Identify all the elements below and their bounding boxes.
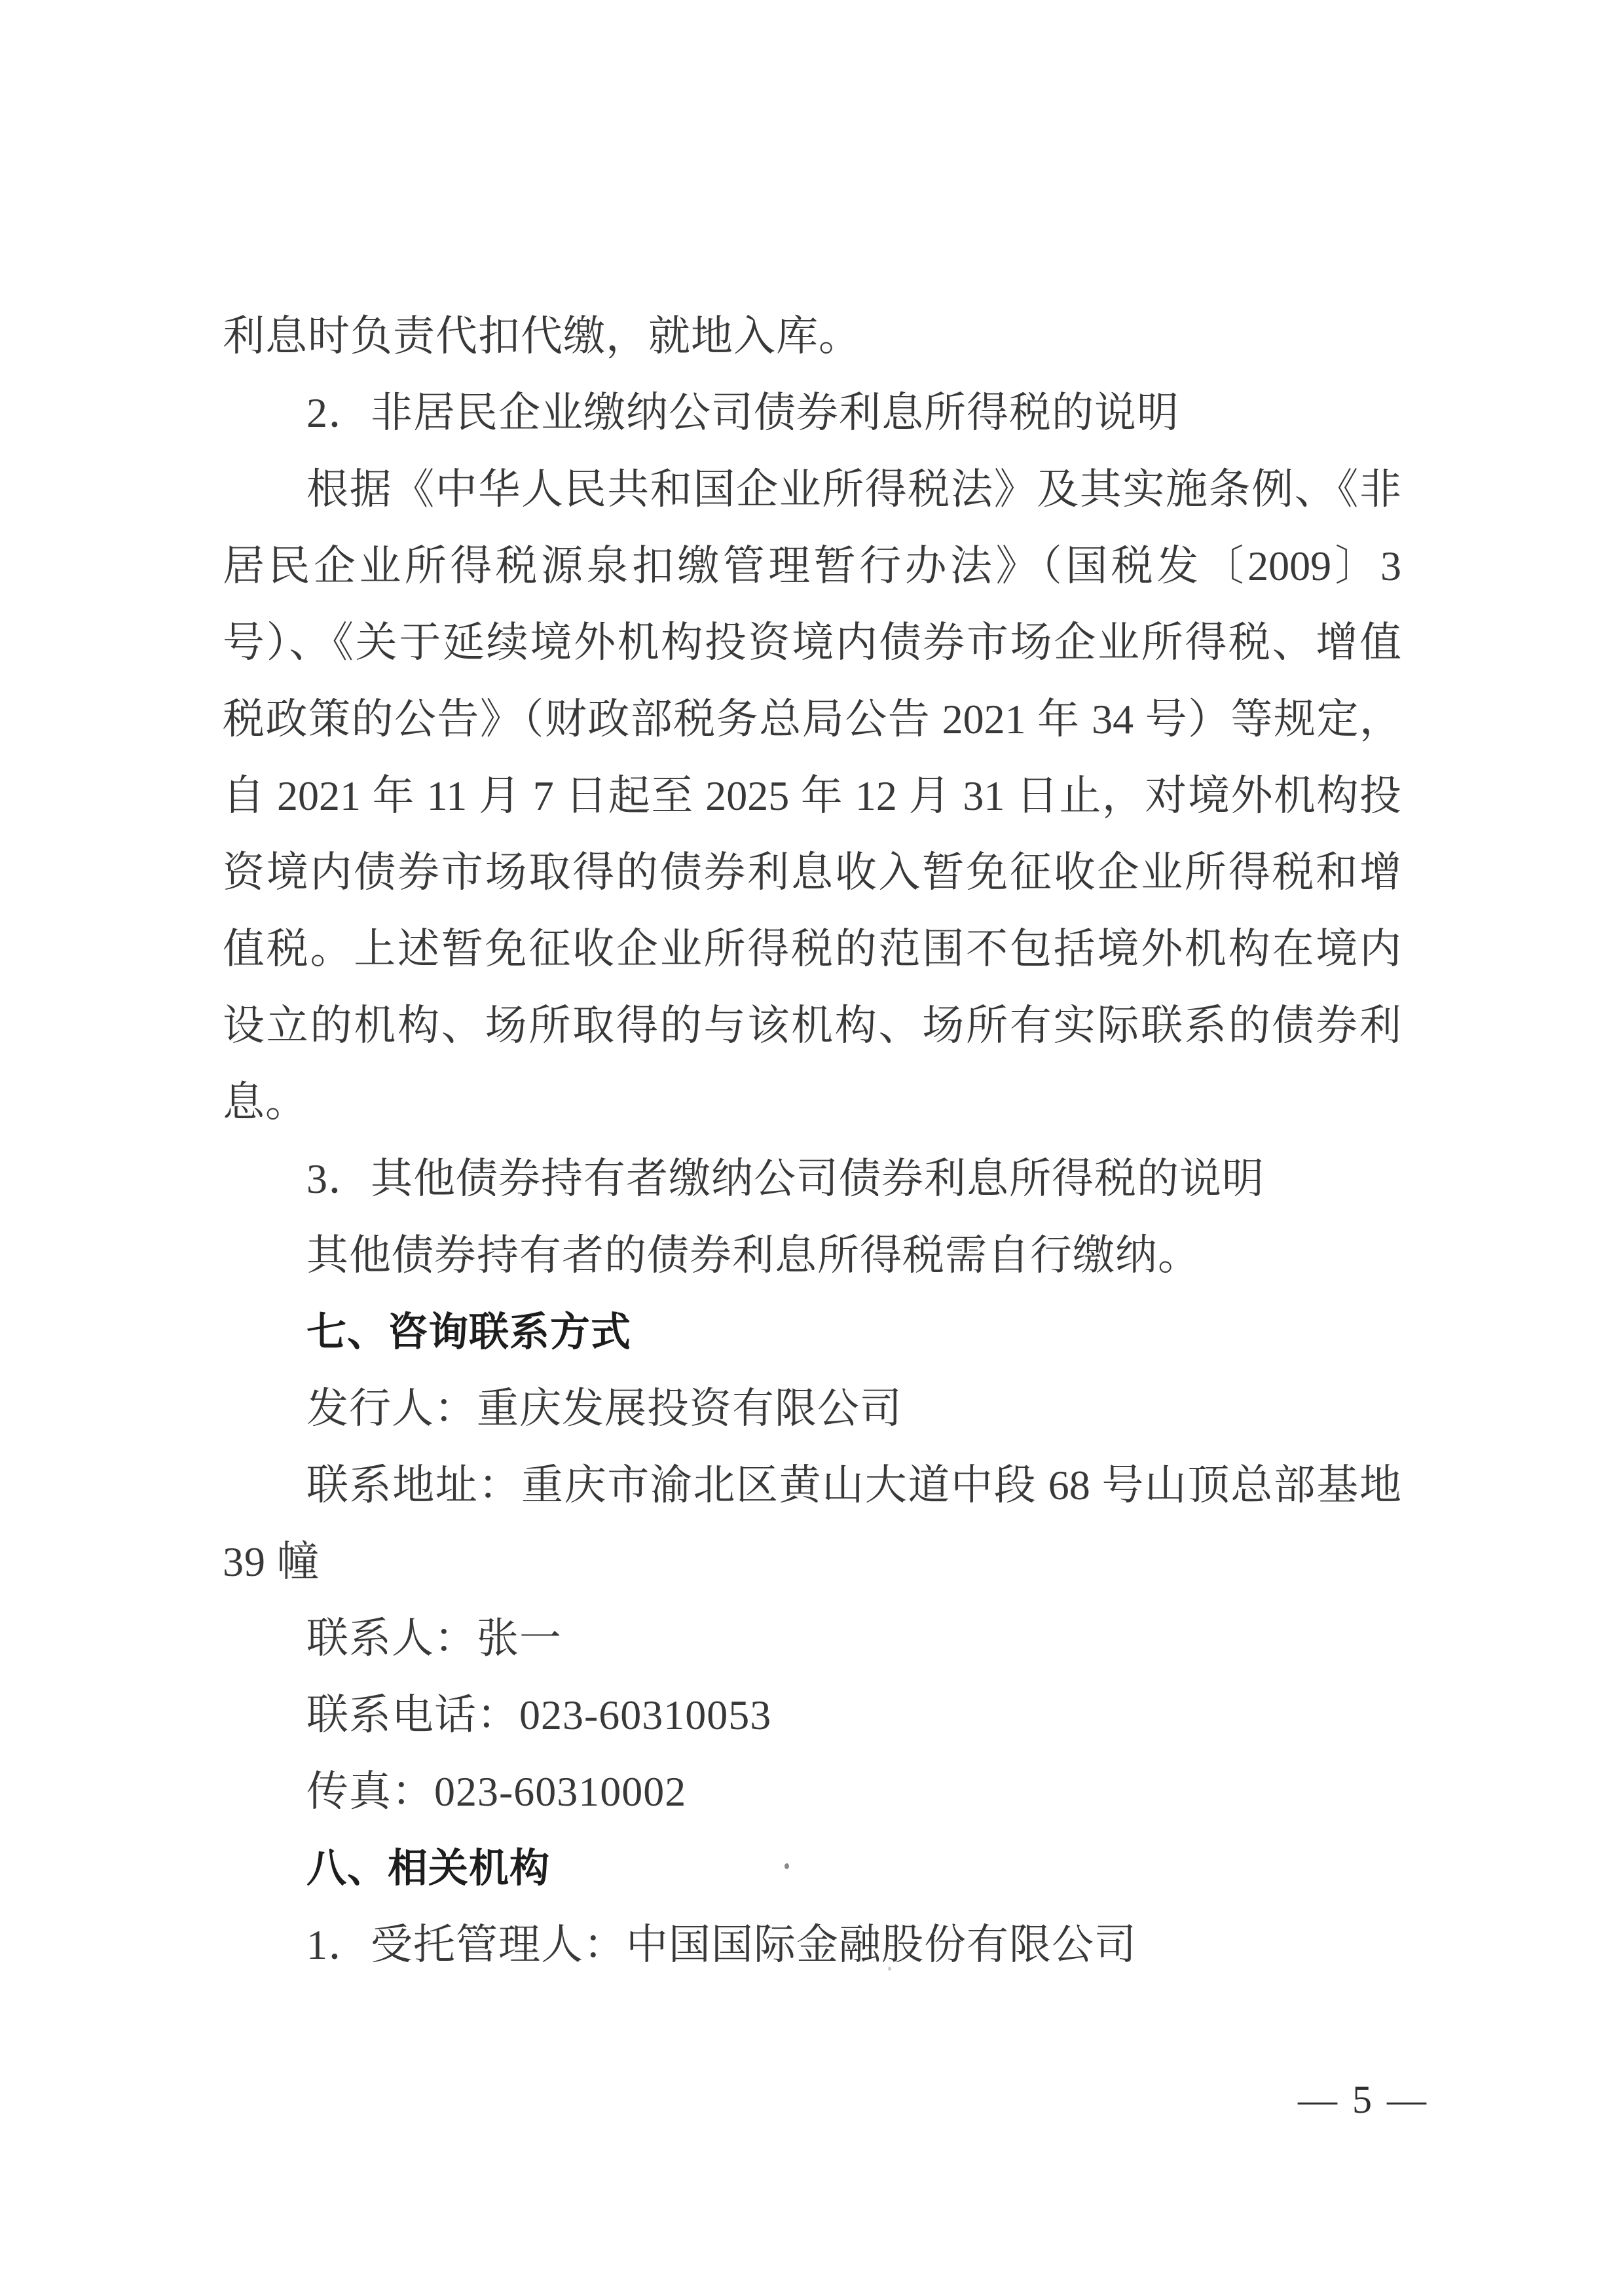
para-line: 根据《中华人民共和国企业所得税法》及其实施条例、《非: [223, 451, 1401, 528]
para-line: 自 2021 年 11 月 7 日起至 2025 年 12 月 31 日止，对境…: [223, 757, 1401, 834]
page-number: — 5 —: [1298, 2064, 1429, 2136]
para-line: 居民企业所得税源泉扣缴管理暂行办法》（国税发〔2009〕3: [223, 528, 1401, 604]
para-line: 号）、《关于延续境外机构投资境内债券市场企业所得税、增值: [223, 604, 1401, 681]
para-line: 值税。上述暂免征收企业所得税的范围不包括境外机构在境内: [223, 911, 1401, 987]
fax-line: 传真：023-60310002: [223, 1753, 1401, 1830]
scan-artifact-dot: [888, 1967, 891, 1971]
para-line: 设立的机构、场所取得的与该机构、场所有实际联系的债券利: [223, 987, 1401, 1064]
document-body: 利息时负责代扣代缴，就地入库。 2．非居民企业缴纳公司债券利息所得税的说明 根据…: [223, 298, 1401, 1983]
scan-artifact-dot: [784, 1863, 789, 1869]
document-page: 利息时负责代扣代缴，就地入库。 2．非居民企业缴纳公司债券利息所得税的说明 根据…: [0, 0, 1624, 2296]
para-line: 息。: [223, 1064, 1401, 1140]
trustee-line: 1．受托管理人：中国国际金融股份有限公司: [223, 1906, 1401, 1983]
section-7-heading: 七、咨询联系方式: [223, 1294, 1401, 1370]
section-8-heading: 八、相关机构: [223, 1830, 1401, 1906]
item-2-heading: 2．非居民企业缴纳公司债券利息所得税的说明: [223, 374, 1401, 451]
item-3-heading: 3．其他债券持有者缴纳公司债券利息所得税的说明: [223, 1140, 1401, 1217]
para-line: 其他债券持有者的债券利息所得税需自行缴纳。: [223, 1217, 1401, 1294]
contact-person-line: 联系人：张一: [223, 1600, 1401, 1677]
para-line: 资境内债券市场取得的债券利息收入暂免征收企业所得税和增: [223, 834, 1401, 911]
phone-line: 联系电话：023-60310053: [223, 1677, 1401, 1753]
para-line: 税政策的公告》（财政部税务总局公告 2021 年 34 号）等规定，: [223, 681, 1401, 757]
issuer-line: 发行人：重庆发展投资有限公司: [223, 1370, 1401, 1447]
address-line-1: 联系地址：重庆市渝北区黄山大道中段 68 号山顶总部基地: [223, 1447, 1401, 1523]
address-line-2: 39 幢: [223, 1523, 1401, 1600]
para-continuation-line: 利息时负责代扣代缴，就地入库。: [223, 298, 1401, 374]
